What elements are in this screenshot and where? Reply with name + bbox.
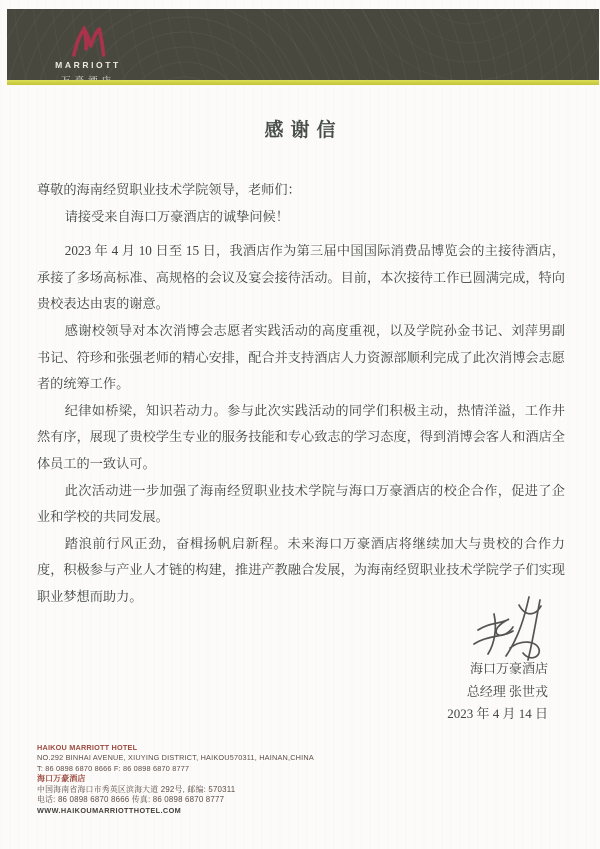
header-band: MARRIOTT 万豪酒店 xyxy=(7,9,599,80)
footer-hotel-cn: 海口万豪酒店 xyxy=(37,774,314,784)
footer-phone-cn: 电话: 86 0898 6870 8666 传真: 86 0898 6870 8… xyxy=(37,795,314,805)
letter-paragraph: 此次活动进一步加强了海南经贸职业技术学院与海口万豪酒店的校企合作，促进了企业和学… xyxy=(37,478,565,531)
header-accent-line xyxy=(7,80,599,85)
letter-title: 感谢信 xyxy=(0,115,600,142)
salutation: 尊敬的海南经贸职业技术学院领导，老师们： xyxy=(37,177,565,204)
signoff-signer: 总经理 张世戎 xyxy=(447,681,548,704)
letter-paragraph: 纪律如桥梁，知识若动力。参与此次实践活动的同学们积极主动，热情洋溢，工作井然有序… xyxy=(37,398,565,478)
footer-address-cn: 中国海南省海口市秀英区滨海大道 292号, 邮编: 570311 xyxy=(37,785,314,795)
signature-handwritten xyxy=(466,594,554,668)
marriott-logo: MARRIOTT 万豪酒店 xyxy=(45,18,131,87)
letter-paragraph: 感谢校领导对本次消博会志愿者实践活动的高度重视，以及学院孙金书记、刘萍男副书记、… xyxy=(37,318,565,398)
signoff-hotel: 海口万豪酒店 xyxy=(447,658,548,681)
letter-paragraph: 2023 年 4 月 10 日至 15 日，我酒店作为第三届中国国际消费品博览会… xyxy=(37,238,565,318)
signoff-date: 2023 年 4 月 14 日 xyxy=(447,703,548,726)
footer-hotel-en: HAIKOU MARRIOTT HOTEL xyxy=(37,743,314,753)
footer-phone-en: T: 86 0898 6870 8666 F: 86 0898 6870 877… xyxy=(37,764,314,774)
letter-page: MARRIOTT 万豪酒店 感谢信 尊敬的海南经贸职业技术学院领导，老师们： 请… xyxy=(0,0,600,849)
greeting-line: 请接受来自海口万豪酒店的诚挚问候！ xyxy=(37,204,565,231)
footer-contact-block: HAIKOU MARRIOTT HOTEL NO.292 BINHAI AVEN… xyxy=(37,743,314,817)
footer-address-en: NO.292 BINHAI AVENUE, XIUYING DISTRICT, … xyxy=(37,753,314,763)
marriott-m-logo-icon xyxy=(70,25,106,59)
footer-website: WWW.HAIKOUMARRIOTTHOTEL.COM xyxy=(37,806,314,816)
brand-wordmark: MARRIOTT xyxy=(45,60,131,70)
letter-body: 尊敬的海南经贸职业技术学院领导，老师们： 请接受来自海口万豪酒店的诚挚问候！ 2… xyxy=(37,177,565,611)
signoff-block: 海口万豪酒店 总经理 张世戎 2023 年 4 月 14 日 xyxy=(447,658,548,726)
